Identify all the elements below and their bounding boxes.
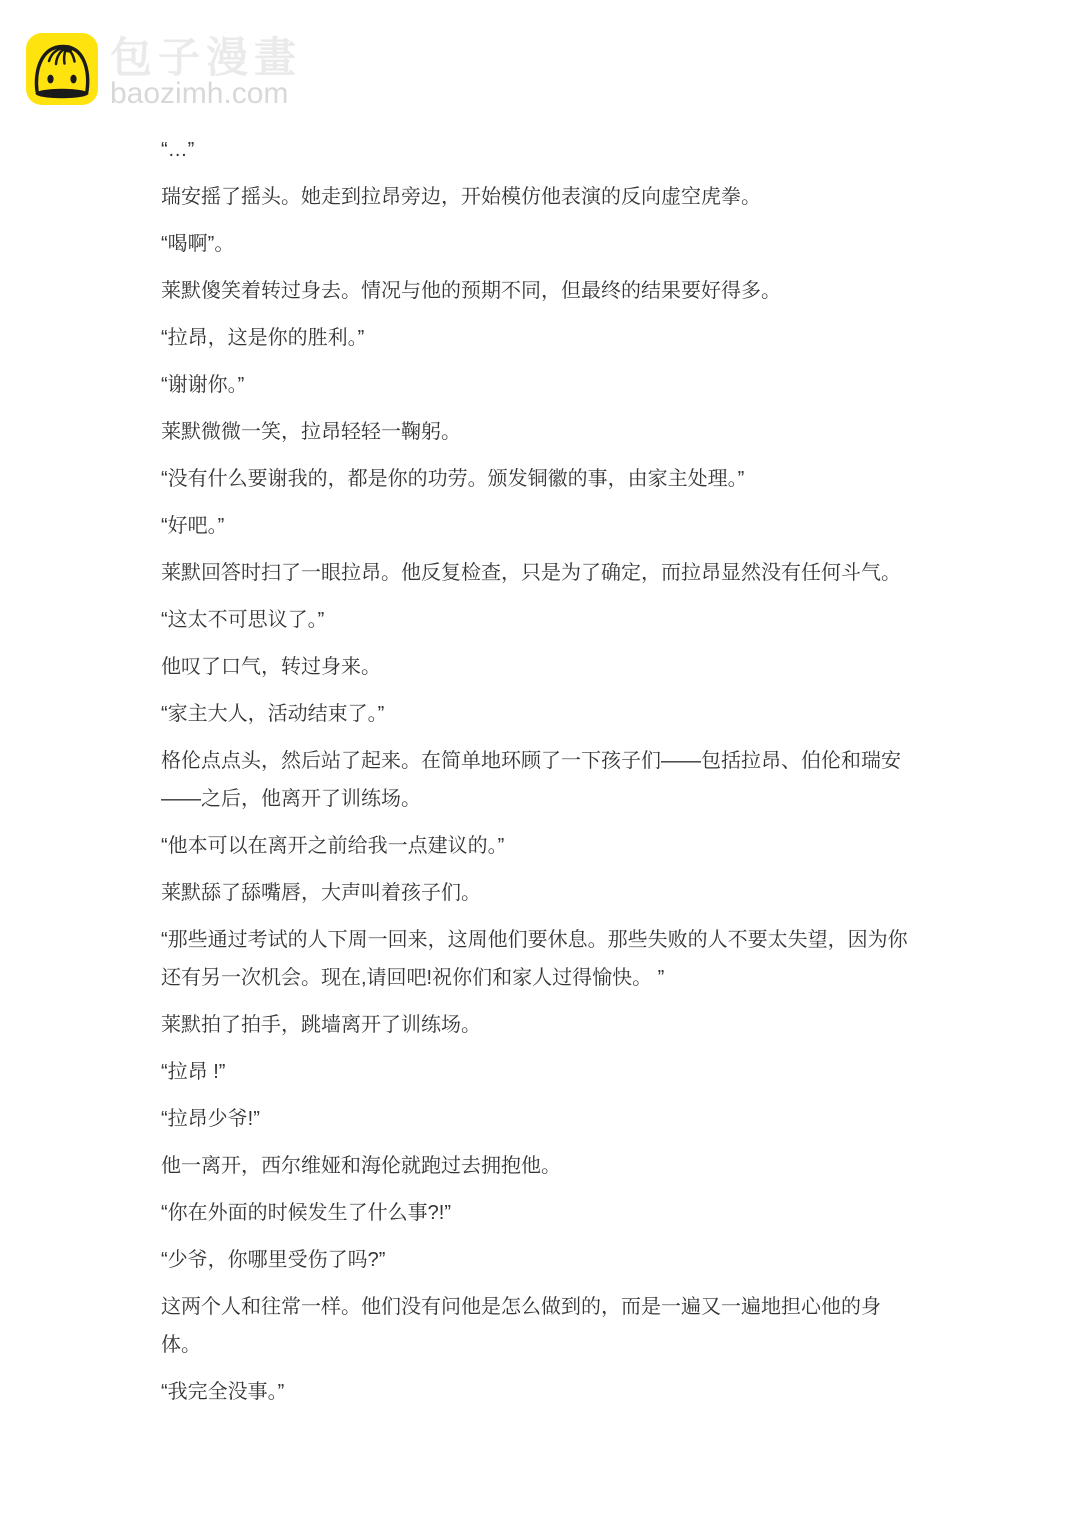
paragraph: 瑞安摇了摇头。她走到拉昂旁边，开始模仿他表演的反向虚空虎拳。 [161, 178, 914, 216]
paragraph: 莱默微微一笑，拉昂轻轻一鞠躬。 [161, 413, 914, 451]
paragraph: “家主大人，活动结束了。” [161, 695, 914, 733]
chapter-text: “…” 瑞安摇了摇头。她走到拉昂旁边，开始模仿他表演的反向虚空虎拳。 “喝啊”。… [161, 131, 914, 1420]
site-name: 包子漫畫 [110, 34, 302, 81]
site-logo[interactable]: 包子漫畫 baozimh.com [26, 33, 302, 109]
paragraph: 莱默回答时扫了一眼拉昂。他反复检查，只是为了确定，而拉昂显然没有任何斗气。 [161, 554, 914, 592]
site-domain: baozimh.com [110, 79, 302, 109]
paragraph: “少爷，你哪里受伤了吗?” [161, 1241, 914, 1279]
paragraph: “他本可以在离开之前给我一点建议的。” [161, 827, 914, 865]
paragraph: “…” [161, 131, 914, 169]
paragraph: 莱默舔了舔嘴唇，大声叫着孩子们。 [161, 874, 914, 912]
paragraph: “拉昂 !” [161, 1053, 914, 1091]
paragraph: “拉昂少爷!” [161, 1100, 914, 1138]
baozi-icon [26, 33, 98, 105]
paragraph: “喝啊”。 [161, 225, 914, 263]
site-header: 包子漫畫 baozimh.com [26, 33, 302, 109]
paragraph: 这两个人和往常一样。他们没有问他是怎么做到的，而是一遍又一遍地担心他的身体。 [161, 1288, 914, 1364]
paragraph: 格伦点点头，然后站了起来。在简单地环顾了一下孩子们——包括拉昂、伯伦和瑞安——之… [161, 742, 914, 818]
paragraph: 莱默拍了拍手，跳墙离开了训练场。 [161, 1006, 914, 1044]
paragraph: 莱默傻笑着转过身去。情况与他的预期不同，但最终的结果要好得多。 [161, 272, 914, 310]
logo-text-block: 包子漫畫 baozimh.com [110, 34, 302, 109]
paragraph: “这太不可思议了。” [161, 601, 914, 639]
paragraph: “好吧。” [161, 507, 914, 545]
paragraph: 他一离开，西尔维娅和海伦就跑过去拥抱他。 [161, 1147, 914, 1185]
paragraph: “没有什么要谢我的，都是你的功劳。颁发铜徽的事，由家主处理。” [161, 460, 914, 498]
paragraph: 他叹了口气，转过身来。 [161, 648, 914, 686]
paragraph: “我完全没事。” [161, 1373, 914, 1411]
paragraph: “你在外面的时候发生了什么事?!” [161, 1194, 914, 1232]
paragraph: “那些通过考试的人下周一回来，这周他们要休息。那些失败的人不要太失望，因为你还有… [161, 921, 914, 997]
paragraph: “拉昂，这是你的胜利。” [161, 319, 914, 357]
paragraph: “谢谢你。” [161, 366, 914, 404]
